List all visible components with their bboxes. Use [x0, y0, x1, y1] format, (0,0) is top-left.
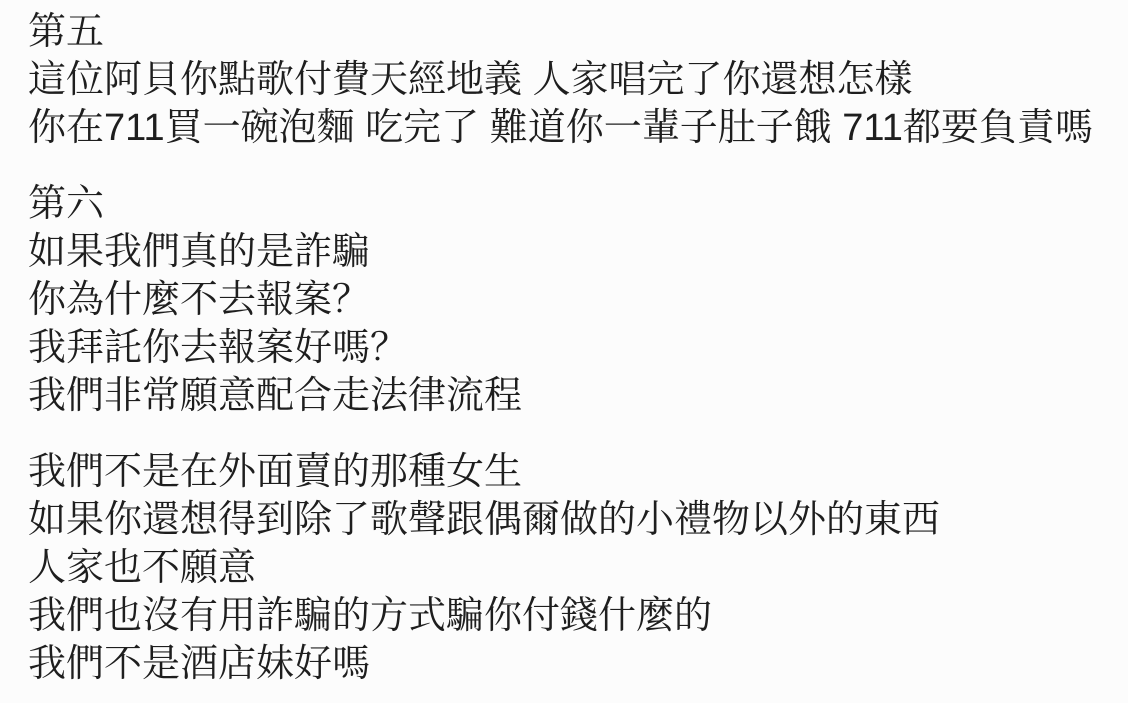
text-line: 你為什麼不去報案？	[28, 276, 1118, 324]
section-heading: 第六	[28, 180, 1118, 228]
text-line: 如果我們真的是詐騙	[28, 228, 1118, 276]
text-line: 如果你還想得到除了歌聲跟偶爾做的小禮物以外的東西	[28, 496, 1118, 544]
text-line: 這位阿貝你點歌付費天經地義 人家唱完了你還想怎樣	[28, 56, 1118, 104]
text-line: 我們非常願意配合走法律流程	[28, 372, 1118, 420]
paragraph-five: 第五 這位阿貝你點歌付費天經地義 人家唱完了你還想怎樣 你在711買一碗泡麵 吃…	[28, 8, 1118, 152]
text-line: 我們不是酒店妹好嗎	[28, 640, 1118, 688]
text-line: 我拜託你去報案好嗎？	[28, 324, 1118, 372]
text-line: 我們也沒有用詐騙的方式騙你付錢什麼的	[28, 592, 1118, 640]
text-line: 我們不是在外面賣的那種女生	[28, 448, 1118, 496]
text-line: 你在711買一碗泡麵 吃完了 難道你一輩子肚子餓 711都要負責嗎	[28, 104, 1118, 152]
paragraph-closing: 我們不是在外面賣的那種女生 如果你還想得到除了歌聲跟偶爾做的小禮物以外的東西 人…	[28, 448, 1118, 688]
section-heading: 第五	[28, 8, 1118, 56]
paragraph-six: 第六 如果我們真的是詐騙 你為什麼不去報案？ 我拜託你去報案好嗎？ 我們非常願意…	[28, 180, 1118, 420]
text-line: 人家也不願意	[28, 544, 1118, 592]
text-document: 第五 這位阿貝你點歌付費天經地義 人家唱完了你還想怎樣 你在711買一碗泡麵 吃…	[0, 0, 1128, 703]
